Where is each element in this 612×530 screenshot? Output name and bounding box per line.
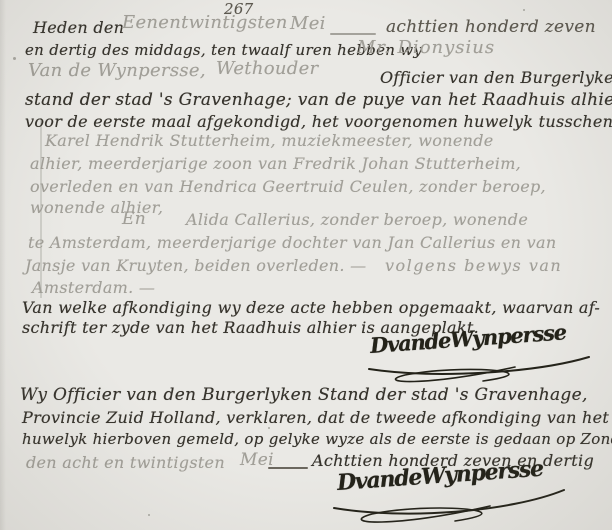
- handwritten-text: Wethouder: [216, 60, 318, 78]
- ink-speck: [148, 514, 150, 516]
- handwritten-text: Amsterdam. —: [32, 280, 155, 296]
- handwritten-text: Alida Callerius, zonder beroep, wonende: [186, 212, 528, 228]
- signature-second-announcement: DvandeWynpersse: [330, 466, 568, 524]
- handwritten-text: te Amsterdam, meerderjarige dochter van …: [28, 235, 556, 251]
- handwritten-text: overleden en van Hendrica Geertruid Ceul…: [30, 179, 546, 195]
- handwritten-text: Karel Hendrik Stutterheim, muziekmeester…: [45, 133, 494, 149]
- ink-speck: [268, 427, 270, 429]
- handwritten-text: En: [122, 211, 146, 228]
- handwritten-text: Heden den: [33, 20, 124, 36]
- handwritten-text: Provincie Zuid Holland, verklaren, dat d…: [22, 410, 609, 426]
- ink-dash: [330, 33, 376, 35]
- handwritten-text: Mr. Dionysius: [357, 39, 495, 57]
- paper-edge-shade: [0, 0, 6, 530]
- handwritten-text: stand der stad 's Gravenhage; van de puy…: [25, 92, 612, 109]
- handwritten-text: den acht en twintigsten: [26, 455, 225, 471]
- handwritten-text: alhier, meerderjarige zoon van Fredrik J…: [30, 156, 521, 172]
- signature-first-announcement: DvandeWynpersse: [365, 331, 593, 383]
- handwritten-text: Officier van den Burgerlyken: [380, 70, 612, 86]
- handwritten-text: voor de eerste maal afgekondigd, het voo…: [25, 114, 612, 130]
- ink-speck: [523, 9, 525, 11]
- handwritten-text: volgens bewys van: [385, 258, 562, 274]
- ink-dash: [268, 467, 308, 469]
- ink-speck: [13, 57, 16, 60]
- handwritten-text: Mei: [290, 15, 326, 33]
- handwritten-text: huwelyk hierboven gemeld, op gelyke wyze…: [22, 432, 612, 447]
- handwritten-text: Jansje van Kruyten, beiden overleden. —: [25, 258, 366, 274]
- handwritten-text: achttien honderd zeven: [386, 19, 596, 36]
- handwritten-text: Van welke afkondiging wy deze acte hebbe…: [22, 300, 600, 316]
- document-page: 267Heden denEenentwintigstenMeiachttien …: [0, 0, 612, 530]
- handwritten-text: Van de Wynpersse,: [28, 62, 206, 80]
- handwritten-text: Wy Officier van den Burgerlyken Stand de…: [20, 387, 588, 404]
- handwritten-text: Eenentwintigsten: [122, 14, 288, 32]
